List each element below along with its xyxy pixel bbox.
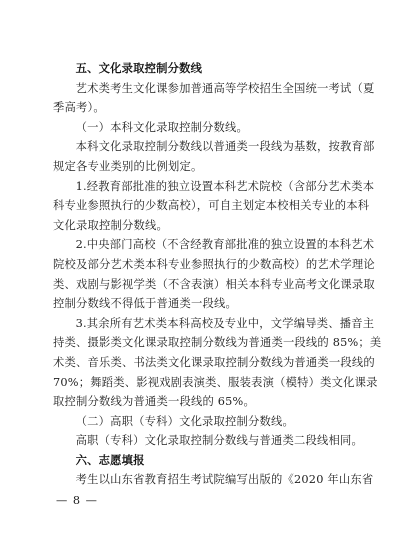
paragraph-line: 70%；舞蹈类、影视戏剧表演类、服装表演（模特）类文化课录 [53,373,349,393]
paragraph-line: 文化录取控制分数线。 [53,216,349,236]
document-body: 五、文化录取控制分数线 艺术类考生文化课参加普通高等学校招生全国统一考试（夏 季… [53,59,349,510]
item-3-line: 3.其余所有艺术类本科高校及专业中，文学编导类、播音主 [53,314,349,334]
paragraph-line: 术类、音乐类、书法类文化课录取控制分数线为普通类一段线的 [53,353,349,373]
paragraph-line: 规定各专业类别的比例划定。 [53,157,349,177]
section-6-heading: 六、志愿填报 [53,451,349,471]
paragraph-line: 持类、摄影类文化课录取控制分数线为普通类一段线的 85%；美 [53,333,349,353]
paragraph-line: 本科文化录取控制分数线以普通类一段线为基数，按教育部 [53,137,349,157]
paragraph-line: 类、戏剧与影视学类（不含表演）相关本科专业高考文化课录取 [53,275,349,295]
paragraph-line: 取控制分数线为普通类一段线的 65%。 [53,392,349,412]
paragraph-line: 科专业参照执行的少数高校），可自主划定本校相关专业的本科 [53,196,349,216]
document-page: 五、文化录取控制分数线 艺术类考生文化课参加普通高等学校招生全国统一考试（夏 季… [0,0,394,557]
paragraph-line: 艺术类考生文化课参加普通高等学校招生全国统一考试（夏 [53,79,349,99]
paragraph-line: 季高考）。 [53,98,349,118]
paragraph-line: 高职（专科）文化录取控制分数线与普通类二段线相同。 [53,431,349,451]
paragraph-line: 控制分数线不得低于普通类一段线。 [53,294,349,314]
paragraph-line: 院校及部分艺术类本科专业参照执行的少数高校）的艺术学理论 [53,255,349,275]
subsection-1-heading: （一）本科文化录取控制分数线。 [53,118,349,138]
page-number: — 8 — [56,491,349,511]
subsection-2-heading: （二）高职（专科）文化录取控制分数线。 [53,412,349,432]
section-5-heading: 五、文化录取控制分数线 [53,59,349,79]
item-1-line: 1.经教育部批准的独立设置本科艺术院校（含部分艺术类本 [53,177,349,197]
item-2-line: 2.中央部门高校（不含经教育部批准的独立设置的本科艺术 [53,235,349,255]
paragraph-line: 考生以山东省教育招生考试院编写出版的《2020 年山东省 [53,470,349,490]
